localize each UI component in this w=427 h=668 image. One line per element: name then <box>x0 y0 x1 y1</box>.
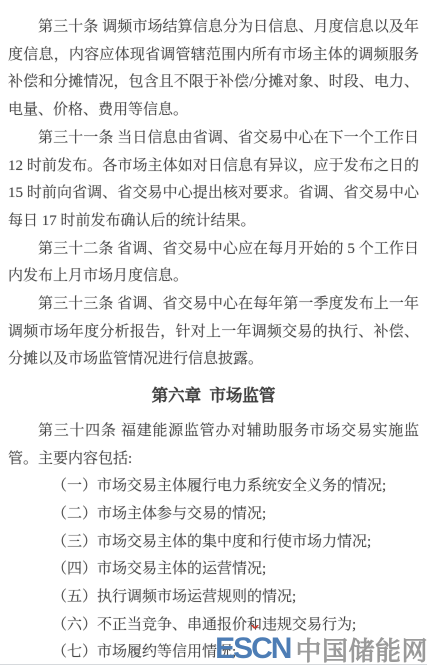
article-paragraph: 第三十一条 当日信息由省调、省交易中心在下一个工作日 12 时前发布。各市场主体… <box>8 125 419 236</box>
document-body: 第三十条 调频市场结算信息分为日信息、月度信息以及年度信息，内容应体现省调管辖范… <box>0 0 427 667</box>
escn-logo-text: ˇESCN <box>215 634 290 664</box>
article-paragraph: 第三十二条 省调、省交易中心应在每月开始的 5 个工作日内发布上月市场月度信息。 <box>8 236 419 291</box>
supervision-list-item: （二）市场主体参与交易的情况; <box>8 501 419 529</box>
supervision-list-item: （五）执行调频市场运营规则的情况; <box>8 584 419 612</box>
site-name-text: 中国储能网 <box>295 638 427 664</box>
supervision-list-item: （四）市场交易主体的运营情况; <box>8 556 419 584</box>
logo-caron-accent-icon: ˇ <box>251 624 258 645</box>
supervision-list-item: （三）市场交易主体的集中度和行使市场力情况; <box>8 529 419 557</box>
supervision-list-item: （一）市场交易主体履行电力系统安全义务的情况; <box>8 473 419 501</box>
escn-watermark: ˇESCN 中国储能网 <box>215 634 427 664</box>
chapter-heading: 第六章 市场监管 <box>8 382 419 410</box>
article-paragraph: 第三十三条 省调、省交易中心在每年第一季度发布上一年调频市场年度分析报告，针对上… <box>8 291 419 374</box>
document-page: 第三十条 调频市场结算信息分为日信息、月度信息以及年度信息，内容应体现省调管辖范… <box>0 0 427 668</box>
article-paragraph: 第三十条 调频市场结算信息分为日信息、月度信息以及年度信息，内容应体现省调管辖范… <box>8 14 419 125</box>
article-paragraph: 第三十四条 福建能源监管办对辅助服务市场交易实施监管。主要内容包括: <box>8 418 419 473</box>
